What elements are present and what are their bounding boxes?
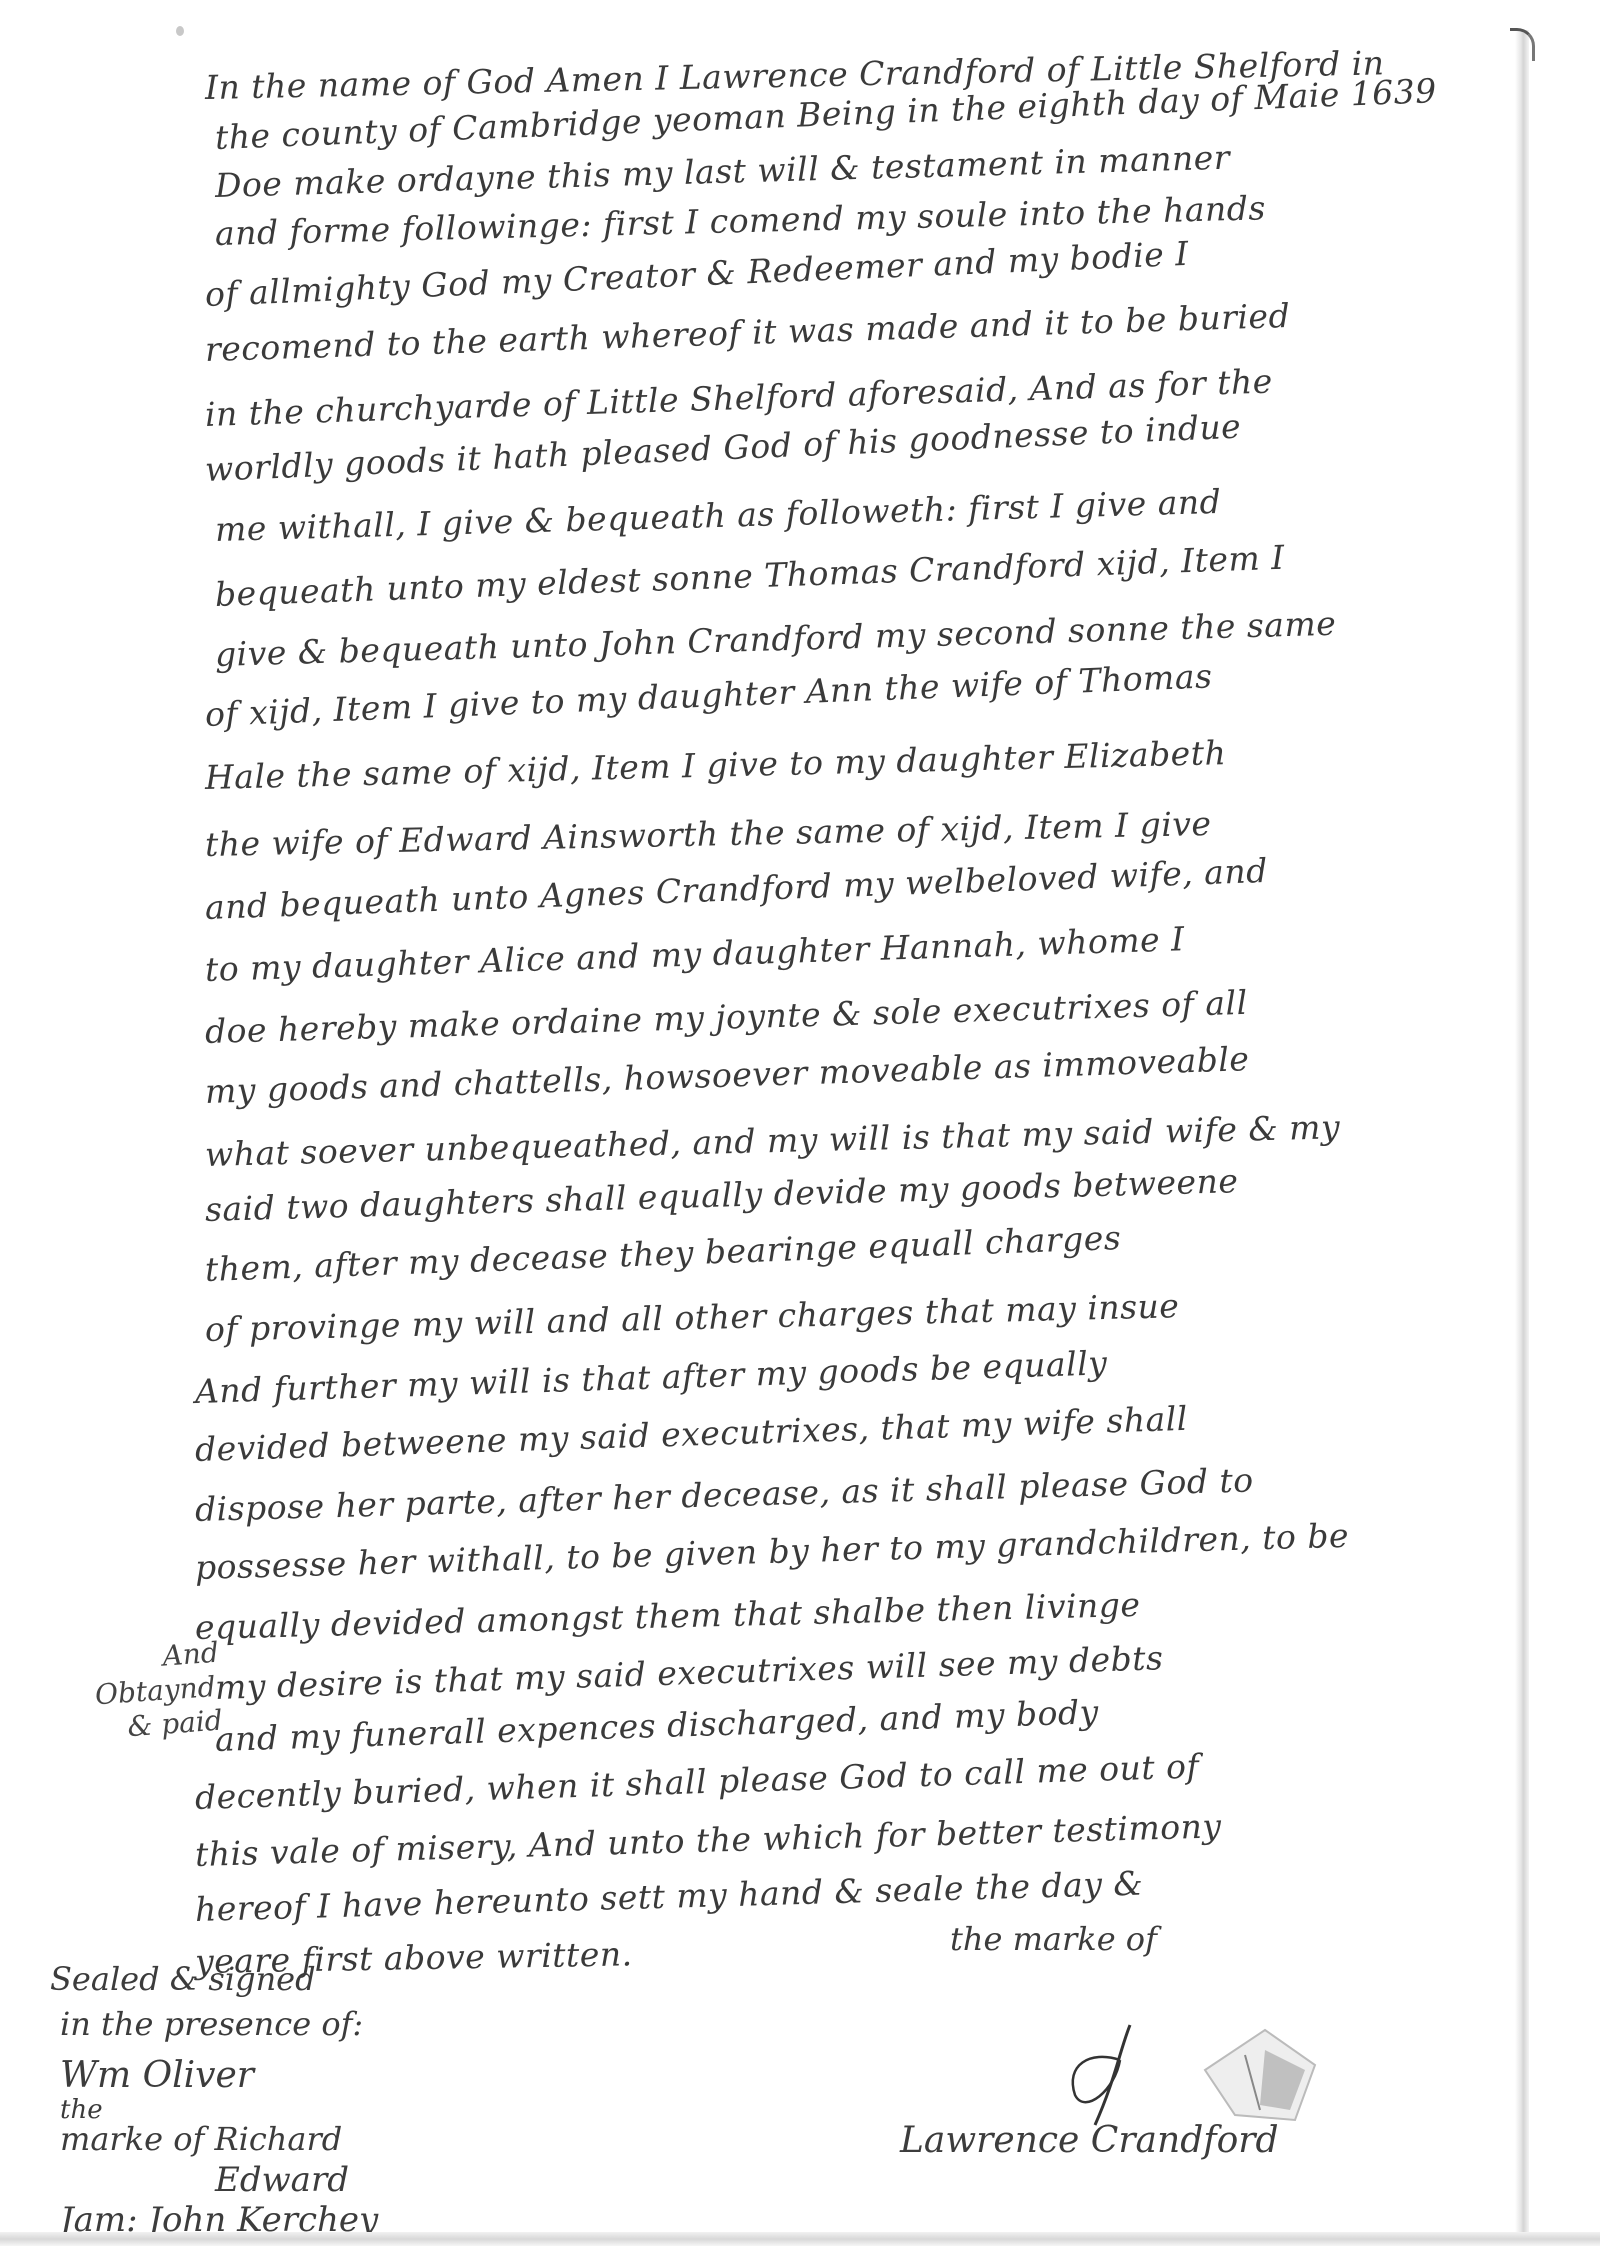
manuscript-page: In the name of God Amen I Lawrence Crand… — [0, 0, 1525, 2235]
witness-name: marke of Richard — [60, 2120, 342, 2158]
body-line: bequeath unto my eldest sonne Thomas Cra… — [214, 538, 1285, 614]
body-line: And further my will is that after my goo… — [194, 1343, 1108, 1411]
testator-signature: Lawrence Crandford — [900, 2120, 1279, 2161]
body-line: the wife of Edward Ainsworth the same of… — [205, 804, 1212, 864]
mark-caption: the marke of — [950, 1920, 1157, 1958]
body-line: decently buried, when it shall please Go… — [194, 1746, 1199, 1817]
body-line: this vale of misery, And unto the which … — [194, 1806, 1222, 1874]
body-line: me withall, I give & bequeath as followe… — [214, 482, 1221, 549]
paper-bottom-edge — [0, 2232, 1600, 2246]
body-line: my goods and chattells, howsoever moveab… — [204, 1039, 1250, 1111]
witness-name: Wm Oliver — [60, 2055, 254, 2096]
body-line: them, after my decease they bearinge equ… — [204, 1218, 1121, 1289]
body-line: Hale the same of xijd, Item I give to my… — [205, 733, 1227, 797]
margin-note: And Obtaynd & paid — [92, 1636, 225, 1747]
body-line: doe hereby make ordaine my joynte & sole… — [204, 983, 1248, 1051]
paper-edge-shadow — [1515, 30, 1529, 2235]
witness-line: in the presence of: — [60, 2005, 363, 2043]
body-line: and bequeath unto Agnes Crandford my wel… — [204, 851, 1268, 927]
body-line: devided betweene my said executrixes, th… — [194, 1399, 1188, 1469]
body-line: equally devided amongst them that shalbe… — [195, 1585, 1141, 1647]
body-line: to my daughter Alice and my daughter Han… — [204, 919, 1185, 989]
pin-hole-mark — [176, 26, 184, 36]
testator-mark-icon — [1060, 2020, 1140, 2130]
curled-corner — [1510, 28, 1535, 61]
body-line: possesse her withall, to be given by her… — [194, 1516, 1349, 1587]
witness-line: Sealed & signed — [50, 1960, 316, 1998]
body-line: dispose her parte, after her decease, as… — [194, 1460, 1254, 1529]
witness-name: Edward — [215, 2160, 349, 2200]
body-line: of provinge my will and all other charge… — [205, 1286, 1180, 1349]
wax-seal-impression — [1185, 2010, 1335, 2130]
